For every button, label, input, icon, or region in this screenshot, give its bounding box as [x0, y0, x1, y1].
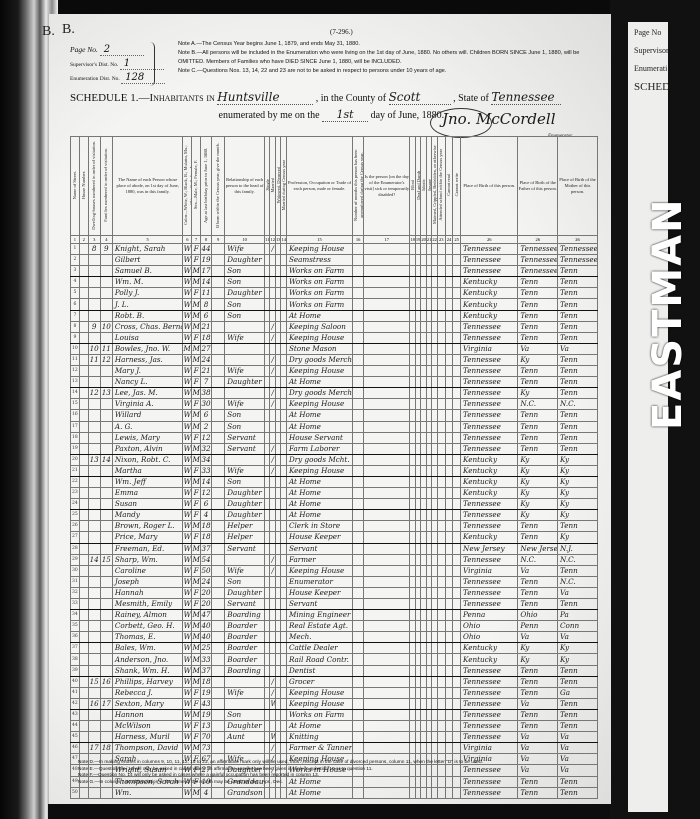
sex-cell: M — [192, 266, 201, 277]
health-education-cell — [364, 410, 410, 421]
health-education-cell — [353, 510, 364, 521]
father-birthplace-cell: Va — [518, 632, 558, 643]
person-name: Knight, Sarah — [112, 244, 183, 255]
color-cell: W — [183, 510, 192, 521]
health-education-cell — [437, 643, 445, 654]
form-letter-margin: B. — [42, 24, 55, 40]
sex-cell: F — [192, 288, 201, 299]
occupation-cell: Keeping House — [286, 332, 352, 343]
sex-cell: M — [192, 310, 201, 321]
mother-birthplace-cell: Tenn — [558, 709, 598, 720]
mother-birthplace-cell: Ky — [558, 643, 598, 654]
line-number: 11 — [71, 354, 80, 365]
sex-cell: F — [192, 432, 201, 443]
age-cell: 21 — [201, 366, 212, 377]
line-number: 35 — [71, 621, 80, 632]
father-birthplace-cell: Ky — [518, 654, 558, 665]
father-birthplace-cell: Ky — [518, 388, 558, 399]
father-birthplace-cell: Tenn — [518, 310, 558, 321]
street-cell — [79, 543, 88, 554]
health-education-cell — [353, 343, 364, 354]
line-number: 13 — [71, 377, 80, 388]
health-education-cell — [353, 399, 364, 410]
street-cell — [79, 610, 88, 621]
health-education-cell — [437, 432, 445, 443]
birthplace-cell: Tennessee — [461, 576, 518, 587]
col-header: Attended school within the Census year — [437, 137, 445, 236]
health-education-cell — [437, 787, 445, 798]
enumerated-label: enumerated by me on the — [219, 110, 320, 121]
person-name: Paxton, Alvin — [112, 443, 183, 454]
relationship-cell: Servant — [225, 599, 265, 610]
occupation-cell: Works on Farm — [286, 266, 352, 277]
family-number: 12 — [100, 354, 112, 365]
health-education-cell — [445, 576, 453, 587]
line-number: 20 — [71, 454, 80, 465]
father-birthplace-cell: Tenn — [518, 687, 558, 698]
color-cell: W — [183, 587, 192, 598]
father-birthplace-cell: Tenn — [518, 587, 558, 598]
health-education-cell — [364, 499, 410, 510]
relationship-cell: Wife — [225, 465, 265, 476]
occupation-cell: Works on Farm — [286, 709, 352, 720]
health-education-cell — [453, 399, 461, 410]
mother-birthplace-cell: Tenn — [558, 321, 598, 332]
family-number — [100, 565, 112, 576]
person-name: Emma — [112, 488, 183, 499]
age-cell: 50 — [201, 565, 212, 576]
family-number — [100, 266, 112, 277]
dwelling-number — [88, 521, 100, 532]
col-header: Place of Birth of the Father of this per… — [518, 137, 558, 236]
person-name: Price, Mary — [112, 532, 183, 543]
occupation-cell: Farmer — [286, 554, 352, 565]
dwelling-number — [88, 288, 100, 299]
health-education-cell — [353, 554, 364, 565]
street-cell — [79, 654, 88, 665]
relationship-cell — [225, 343, 265, 354]
street-cell — [79, 332, 88, 343]
dwelling-number — [88, 277, 100, 288]
color-cell: W — [183, 599, 192, 610]
health-education-cell — [353, 321, 364, 332]
age-cell: 21 — [201, 321, 212, 332]
age-cell: 6 — [201, 499, 212, 510]
health-education-cell — [453, 266, 461, 277]
health-education-cell — [437, 244, 445, 255]
person-name: Nixon, Robt. C. — [112, 454, 183, 465]
mother-birthplace-cell: Tennessee — [558, 244, 598, 255]
person-name: Thomas, E. — [112, 632, 183, 643]
street-cell — [79, 599, 88, 610]
table-row: 28Freeman, Ed.WM37ServantServantNew Jers… — [71, 543, 598, 554]
age-cell: 18 — [201, 532, 212, 543]
header-row: Name of Street. House Number. Dwelling-h… — [71, 137, 598, 236]
street-cell — [79, 565, 88, 576]
birthplace-cell: Tennessee — [461, 709, 518, 720]
sex-cell: F — [192, 587, 201, 598]
birthplace-cell: Kentucky — [461, 476, 518, 487]
birthplace-cell: Kentucky — [461, 532, 518, 543]
health-education-cell — [437, 255, 445, 266]
dwelling-number — [88, 476, 100, 487]
occupation-cell: Enumerator — [286, 576, 352, 587]
sex-cell: M — [192, 676, 201, 687]
health-education-cell — [437, 488, 445, 499]
mother-birthplace-cell: N.C. — [558, 554, 598, 565]
health-education-cell — [364, 654, 410, 665]
relationship-cell: Boarder — [225, 643, 265, 654]
relationship-cell: Daughter — [225, 721, 265, 732]
birth-month-cell — [212, 499, 225, 510]
father-birthplace-cell: Tenn — [518, 410, 558, 421]
health-education-cell — [445, 255, 453, 266]
line-number: 41 — [71, 687, 80, 698]
health-education-cell — [364, 565, 410, 576]
age-cell: 20 — [201, 599, 212, 610]
person-name: Willard — [112, 410, 183, 421]
street-cell — [79, 743, 88, 754]
column-number: 5 — [112, 236, 183, 244]
birthplace-cell: Kentucky — [461, 654, 518, 665]
table-row: 3Samuel B.WM17SonWorks on FarmTennesseeT… — [71, 266, 598, 277]
father-birthplace-cell: Tennessee — [518, 255, 558, 266]
health-education-cell — [453, 288, 461, 299]
person-name: Freeman, Ed. — [112, 543, 183, 554]
family-number — [100, 310, 112, 321]
health-education-cell — [453, 277, 461, 288]
age-cell: 34 — [201, 454, 212, 465]
street-cell — [79, 521, 88, 532]
relationship-cell: Son — [225, 299, 265, 310]
street-cell — [79, 299, 88, 310]
color-cell: W — [183, 743, 192, 754]
occupation-cell: Servant — [286, 543, 352, 554]
dwelling-number — [88, 565, 100, 576]
dwelling-number: 14 — [88, 554, 100, 565]
occupation-cell: At Home — [286, 721, 352, 732]
health-education-cell — [437, 709, 445, 720]
color-cell: W — [183, 421, 192, 432]
age-cell: 54 — [201, 554, 212, 565]
color-cell: W — [183, 709, 192, 720]
health-education-cell — [353, 299, 364, 310]
health-education-cell — [453, 543, 461, 554]
birth-month-cell — [212, 687, 225, 698]
health-education-cell — [364, 665, 410, 676]
mother-birthplace-cell: Ky — [558, 499, 598, 510]
person-name: Harness, Muril — [112, 732, 183, 743]
family-number — [100, 288, 112, 299]
table-row: 33Mesmith, EmilyWF20ServantServantTennes… — [71, 599, 598, 610]
health-education-cell — [353, 354, 364, 365]
health-education-cell — [353, 687, 364, 698]
color-cell: W — [183, 610, 192, 621]
sex-cell: F — [192, 399, 201, 410]
health-education-cell — [445, 554, 453, 565]
health-education-cell — [445, 687, 453, 698]
health-education-cell — [445, 244, 453, 255]
mother-birthplace-cell: Tenn — [558, 410, 598, 421]
table-row: 17A. G.WM2SonAt HomeTennesseeTennTenn — [71, 421, 598, 432]
birthplace-cell: Ohio — [461, 621, 518, 632]
color-cell: W — [183, 443, 192, 454]
health-education-cell — [437, 732, 445, 743]
person-name: Nancy L. — [112, 377, 183, 388]
person-name: Sharp, Wm. — [112, 554, 183, 565]
family-number: 17 — [100, 698, 112, 709]
person-name: Bowles, Jno. W. — [112, 343, 183, 354]
birthplace-cell: Tennessee — [461, 599, 518, 610]
line-number: 27 — [71, 532, 80, 543]
occupation-cell: Clerk in Store — [286, 521, 352, 532]
column-number: 25 — [453, 236, 461, 244]
family-number — [100, 654, 112, 665]
sex-cell: M — [192, 665, 201, 676]
person-name: Susan — [112, 499, 183, 510]
birth-month-cell — [212, 554, 225, 565]
column-number-row: 1234567891011121314151617181920212223242… — [71, 236, 598, 244]
health-education-cell — [353, 454, 364, 465]
relationship-cell: Servant — [225, 543, 265, 554]
health-education-cell — [437, 621, 445, 632]
dwelling-number: 16 — [88, 698, 100, 709]
relationship-cell: Boarder — [225, 632, 265, 643]
occupation-cell: Grocer — [286, 676, 352, 687]
father-birthplace-cell: Tenn — [518, 665, 558, 676]
table-row: 22Wm. JeffWM14SonAt HomeKentuckyKyKy — [71, 476, 598, 487]
father-birthplace-cell: Ky — [518, 499, 558, 510]
birth-month-cell — [212, 676, 225, 687]
street-cell — [79, 698, 88, 709]
birth-month-cell — [212, 255, 225, 266]
health-education-cell — [445, 399, 453, 410]
family-number: 15 — [100, 554, 112, 565]
age-cell: 47 — [201, 610, 212, 621]
street-cell — [79, 587, 88, 598]
color-cell: W — [183, 554, 192, 565]
health-education-cell — [364, 732, 410, 743]
dwelling-number — [88, 310, 100, 321]
age-cell: 17 — [201, 266, 212, 277]
col-header: Is the person [on the day of the Enumera… — [364, 137, 410, 236]
color-cell: W — [183, 665, 192, 676]
sex-cell: F — [192, 377, 201, 388]
health-education-cell — [453, 310, 461, 321]
birthplace-cell: Kentucky — [461, 277, 518, 288]
health-education-cell — [437, 399, 445, 410]
health-education-cell — [453, 332, 461, 343]
relationship-cell: Grandson — [225, 787, 265, 798]
mother-birthplace-cell: Ky — [558, 476, 598, 487]
birth-month-cell — [212, 244, 225, 255]
age-cell: 73 — [201, 743, 212, 754]
health-education-cell — [364, 676, 410, 687]
health-education-cell — [453, 599, 461, 610]
relationship-cell: Boarder — [225, 654, 265, 665]
line-number: 7 — [71, 310, 80, 321]
mother-birthplace-cell: Tenn — [558, 565, 598, 576]
health-education-cell — [353, 587, 364, 598]
occupation-cell: Keeping House — [286, 687, 352, 698]
father-birthplace-cell: Va — [518, 698, 558, 709]
health-education-cell — [453, 721, 461, 732]
health-education-cell — [453, 554, 461, 565]
line-number: 17 — [71, 421, 80, 432]
health-education-cell — [445, 266, 453, 277]
birthplace-cell: Tennessee — [461, 698, 518, 709]
age-cell: 27 — [201, 343, 212, 354]
enumeration-dist-label: Enumeration Dist. No. — [70, 76, 120, 82]
column-number: 7 — [192, 236, 201, 244]
street-cell — [79, 554, 88, 565]
mother-birthplace-cell: Va — [558, 743, 598, 754]
health-education-cell — [437, 321, 445, 332]
column-number: 8 — [201, 236, 212, 244]
table-row: 50Wm.WM4GrandsonAt HomeTennesseeTennTenn — [71, 787, 598, 798]
birthplace-cell: Tennessee — [461, 721, 518, 732]
health-education-cell — [353, 732, 364, 743]
color-cell: W — [183, 454, 192, 465]
health-education-cell — [437, 743, 445, 754]
health-education-cell — [445, 587, 453, 598]
health-education-cell — [353, 698, 364, 709]
dwelling-number: 8 — [88, 244, 100, 255]
age-cell: 19 — [201, 255, 212, 266]
mother-birthplace-cell: Va — [558, 632, 598, 643]
health-education-cell — [453, 743, 461, 754]
birthplace-cell: Tennessee — [461, 244, 518, 255]
dwelling-number: 15 — [88, 676, 100, 687]
health-education-cell — [437, 499, 445, 510]
health-education-cell — [364, 421, 410, 432]
table-row: 45Harness, MurilWF70AuntWKnittingTenness… — [71, 732, 598, 743]
health-education-cell — [353, 621, 364, 632]
street-cell — [79, 266, 88, 277]
health-education-cell — [364, 310, 410, 321]
person-name: Harness, Jas. — [112, 354, 183, 365]
occupation-cell: House Servant — [286, 432, 352, 443]
age-cell: 12 — [201, 488, 212, 499]
dwelling-number — [88, 632, 100, 643]
dwelling-number: 11 — [88, 354, 100, 365]
father-birthplace-cell: Tenn — [518, 332, 558, 343]
street-cell — [79, 676, 88, 687]
relationship-cell: Son — [225, 421, 265, 432]
table-row: 26Brown, Roger L.WM18HelperClerk in Stor… — [71, 521, 598, 532]
health-education-cell — [353, 410, 364, 421]
sex-cell: F — [192, 366, 201, 377]
mother-birthplace-cell: Ky — [558, 465, 598, 476]
column-number: 26 — [461, 236, 518, 244]
birth-month-cell — [212, 654, 225, 665]
dwelling-number — [88, 465, 100, 476]
family-number: 18 — [100, 743, 112, 754]
table-row: 2GilbertWF19DaughterSeamstressTennesseeT… — [71, 255, 598, 266]
person-name: J. L. — [112, 299, 183, 310]
occupation-cell: Rail Road Contr. — [286, 654, 352, 665]
age-cell: 14 — [201, 277, 212, 288]
birth-month-cell — [212, 787, 225, 798]
birthplace-cell: Tennessee — [461, 432, 518, 443]
health-education-cell — [453, 698, 461, 709]
birthplace-cell: Tennessee — [461, 510, 518, 521]
column-number: 26 — [518, 236, 558, 244]
family-number — [100, 787, 112, 798]
person-name: Hannon — [112, 709, 183, 720]
father-birthplace-cell: Tenn — [518, 721, 558, 732]
col-header: Number of months this person has been un… — [353, 137, 364, 236]
color-cell: W — [183, 632, 192, 643]
birthplace-cell: Virginia — [461, 743, 518, 754]
line-number: 1 — [71, 244, 80, 255]
health-education-cell — [437, 610, 445, 621]
dwelling-number — [88, 399, 100, 410]
column-number: 2 — [79, 236, 88, 244]
line-number: 42 — [71, 698, 80, 709]
health-education-cell — [445, 709, 453, 720]
health-education-cell — [445, 465, 453, 476]
color-cell: W — [183, 244, 192, 255]
birth-month-cell — [212, 310, 225, 321]
birth-month-cell — [212, 343, 225, 354]
health-education-cell — [353, 610, 364, 621]
birthplace-cell: Tennessee — [461, 554, 518, 565]
health-education-cell — [364, 454, 410, 465]
street-cell — [79, 632, 88, 643]
occupation-cell: Works on Farm — [286, 288, 352, 299]
relationship-cell: Helper — [225, 521, 265, 532]
family-number — [100, 521, 112, 532]
person-name: Rebecca J. — [112, 687, 183, 698]
line-number: 30 — [71, 565, 80, 576]
table-row: 35Corbett, Geo. H.WM40BoarderReal Estate… — [71, 621, 598, 632]
birthplace-cell: Tennessee — [461, 521, 518, 532]
mother-birthplace-cell: Va — [558, 587, 598, 598]
health-education-cell — [445, 510, 453, 521]
health-education-cell — [364, 709, 410, 720]
birth-month-cell — [212, 454, 225, 465]
street-cell — [79, 532, 88, 543]
health-education-cell — [453, 732, 461, 743]
line-number: 19 — [71, 443, 80, 454]
mother-birthplace-cell: Tenn — [558, 421, 598, 432]
color-cell: W — [183, 266, 192, 277]
color-cell: W — [183, 676, 192, 687]
age-cell: 25 — [201, 643, 212, 654]
age-cell: 18 — [201, 521, 212, 532]
health-education-cell — [445, 743, 453, 754]
dwelling-number — [88, 687, 100, 698]
street-cell — [79, 244, 88, 255]
father-birthplace-cell: Ky — [518, 488, 558, 499]
line-number: 28 — [71, 543, 80, 554]
page-no-label: Page No. — [70, 45, 98, 54]
relationship-cell: Boarding — [225, 665, 265, 676]
street-cell — [79, 388, 88, 399]
relationship-cell — [225, 388, 265, 399]
supervisor-dist-label: Supervisor's Dist. No. — [70, 62, 118, 68]
person-name: Martha — [112, 465, 183, 476]
health-education-cell — [437, 366, 445, 377]
family-number — [100, 443, 112, 454]
person-name: Mesmith, Emily — [112, 599, 183, 610]
father-birthplace-cell: Tenn — [518, 443, 558, 454]
family-number: 16 — [100, 676, 112, 687]
health-education-cell — [445, 621, 453, 632]
dwelling-number — [88, 443, 100, 454]
mother-birthplace-cell: Ga — [558, 687, 598, 698]
